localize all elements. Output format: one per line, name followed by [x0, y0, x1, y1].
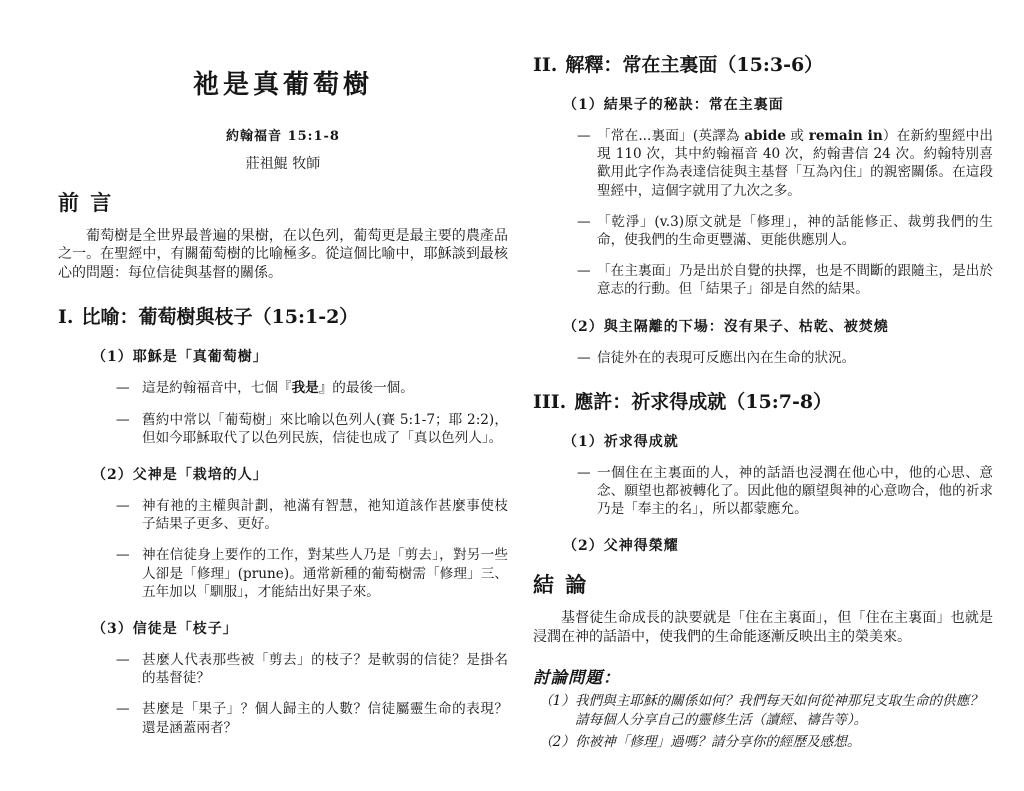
section-3-heading: III.應許：祈求得成就（15:7-8） [533, 387, 993, 414]
bullet-text: 神有祂的主權與計劃，祂滿有智慧，祂知道該作甚麼事使枝子結果子更多、更好。 [142, 498, 508, 532]
bullet-dash: — [116, 411, 130, 429]
bullet-2-1-3: — 「在主裏面」乃是出於自覺的抉擇，也是不間斷的跟隨主，是出於意志的行動。但「結… [577, 262, 993, 298]
bullet-text: 一個住在主裏面的人，神的話語也浸潤在他心中，他的心思、意念、願望也都被轉化了。因… [597, 465, 993, 517]
bullet-bold-text: 我是 [292, 380, 319, 396]
bullet-text: 「在主裏面」乃是出於自覺的抉擇，也是不間斷的跟隨主，是出於意志的行動。但「結果子… [597, 263, 993, 297]
bullet-3-1-1: — 一個住在主裏面的人，神的話語也浸潤在他心中，他的心思、意念、願望也都被轉化了… [577, 464, 993, 519]
bullet-dash: — [116, 497, 130, 515]
bullet-dash: — [116, 379, 130, 397]
bullet-text: 』的最後一個。 [319, 380, 414, 396]
bullet-dash: — [116, 700, 130, 718]
bullet-text: 「常在...裏面」(英譯為 [597, 128, 744, 144]
bullet-text: 或 [786, 128, 809, 144]
bullet-1-3-2: — 甚麼是「果子」？個人歸主的人數？信徒屬靈生命的表現？還是涵蓋兩者？ [116, 700, 508, 736]
bullet-1-1-2: — 舊約中常以「葡萄樹」來比喻以色列人(賽 5:1-7；耶 2:2)，但如今耶穌… [116, 411, 508, 447]
discussion-question-1: （1） 我們與主耶穌的關係如何？我們每天如何從神那兒支取生命的供應？請每個人分享… [539, 692, 993, 729]
bullet-dash: — [577, 349, 591, 367]
subsection-1-3-label: （3）信徒是「枝子」 [92, 618, 508, 638]
bullet-dash: — [577, 262, 591, 280]
author-name: 莊祖鯤 牧師 [58, 153, 508, 173]
page-title: 祂是真葡萄樹 [58, 64, 508, 101]
bullet-bold-text: remain in [809, 128, 883, 144]
preface-body: 葡萄樹是全世界最普遍的果樹，在以色列，葡萄更是最主要的農產品之一。在聖經中，有關… [58, 227, 508, 282]
bullet-text: 「乾淨」(v.3)原文就是「修理」，神的話能修正、裁剪我們的生命，使我們的生命更… [597, 214, 993, 248]
bullet-text: 舊約中常以「葡萄樹」來比喻以色列人(賽 5:1-7；耶 2:2)，但如今耶穌取代… [142, 412, 508, 446]
bullet-dash: — [116, 546, 130, 564]
bullet-2-1-2: — 「乾淨」(v.3)原文就是「修理」，神的話能修正、裁剪我們的生命，使我們的生… [577, 213, 993, 249]
bullet-dash: — [577, 127, 591, 145]
section-2-heading: II.解釋：常在主裏面（15:3-6） [533, 50, 993, 77]
conclusion-heading: 結 論 [533, 569, 993, 599]
section-1-number: I. [58, 306, 74, 328]
section-2-number: II. [533, 54, 557, 76]
bullet-1-3-1: — 甚麼人代表那些被「剪去」的枝子？是軟弱的信徒？是掛名的基督徒？ [116, 651, 508, 687]
subsection-2-2-label: （2）與主隔離的下場：沒有果子、枯乾、被焚燒 [563, 316, 993, 336]
bullet-2-1-1: — 「常在...裏面」(英譯為 abide 或 remain in）在新約聖經中… [577, 127, 993, 200]
right-column: II.解釋：常在主裏面（15:3-6） （1）結果子的秘訣：常在主裏面 — 「常… [533, 50, 993, 752]
bullet-2-2-1: — 信徒外在的表現可反應出內在生命的狀況。 [577, 349, 993, 367]
section-3-number: III. [533, 391, 566, 413]
bullet-bold-text: abide [744, 128, 786, 144]
subsection-2-1-label: （1）結果子的秘訣：常在主裏面 [563, 94, 993, 114]
bullet-dash: — [577, 464, 591, 482]
preface-heading: 前 言 [58, 187, 508, 217]
bullet-1-2-1: — 神有祂的主權與計劃，祂滿有智慧，祂知道該作甚麼事使枝子結果子更多、更好。 [116, 497, 508, 533]
scripture-reference: 約翰福音 15:1-8 [58, 125, 508, 144]
subsection-1-1-label: （1）耶穌是「真葡萄樹」 [92, 346, 508, 366]
subsection-3-2-label: （2）父神得榮耀 [563, 535, 993, 555]
discussion-heading: 討論問題： [533, 664, 993, 688]
bullet-text: 這是約翰福音中，七個『 [142, 380, 292, 396]
bullet-text: 信徒外在的表現可反應出內在生命的狀況。 [597, 350, 855, 366]
subsection-1-2-label: （2）父神是「栽培的人」 [92, 464, 508, 484]
bullet-text: 甚麼是「果子」？個人歸主的人數？信徒屬靈生命的表現？還是涵蓋兩者？ [142, 701, 508, 735]
bullet-text: 甚麼人代表那些被「剪去」的枝子？是軟弱的信徒？是掛名的基督徒？ [142, 652, 508, 686]
section-2-title: 解釋：常在主裏面（15:3-6） [565, 54, 823, 76]
left-column: 祂是真葡萄樹 約翰福音 15:1-8 莊祖鯤 牧師 前 言 葡萄樹是全世界最普遍… [58, 64, 508, 737]
bullet-dash: — [116, 651, 130, 669]
discussion-question-2: （2） 你被神「修理」過嗎？請分享你的經歷及感想。 [539, 733, 993, 751]
question-number: （2） [539, 733, 575, 751]
conclusion-body: 基督徒生命成長的訣要就是「住在主裏面」，但「住在主裏面」也就是浸潤在神的話語中，… [533, 609, 993, 646]
question-number: （1） [539, 692, 575, 710]
question-text: 我們與主耶穌的關係如何？我們每天如何從神那兒支取生命的供應？請每個人分享自己的靈… [575, 693, 983, 727]
subsection-3-1-label: （1）祈求得成就 [563, 431, 993, 451]
section-1-title: 比喻：葡萄樹與枝子（15:1-2） [82, 306, 359, 328]
bullet-1-1-1: — 這是約翰福音中，七個『我是』的最後一個。 [116, 379, 508, 397]
bullet-dash: — [577, 213, 591, 231]
bullet-text: 神在信徒身上要作的工作，對某些人乃是「剪去」，對另一些人卻是「修理」(prune… [142, 547, 508, 599]
bullet-1-2-2: — 神在信徒身上要作的工作，對某些人乃是「剪去」，對另一些人卻是「修理」(pru… [116, 546, 508, 601]
section-3-title: 應許：祈求得成就（15:7-8） [574, 391, 832, 413]
question-text: 你被神「修理」過嗎？請分享你的經歷及感想。 [575, 734, 860, 750]
section-1-heading: I.比喻：葡萄樹與枝子（15:1-2） [58, 302, 508, 329]
sermon-outline-page: 祂是真葡萄樹 約翰福音 15:1-8 莊祖鯤 牧師 前 言 葡萄樹是全世界最普遍… [0, 0, 1024, 791]
